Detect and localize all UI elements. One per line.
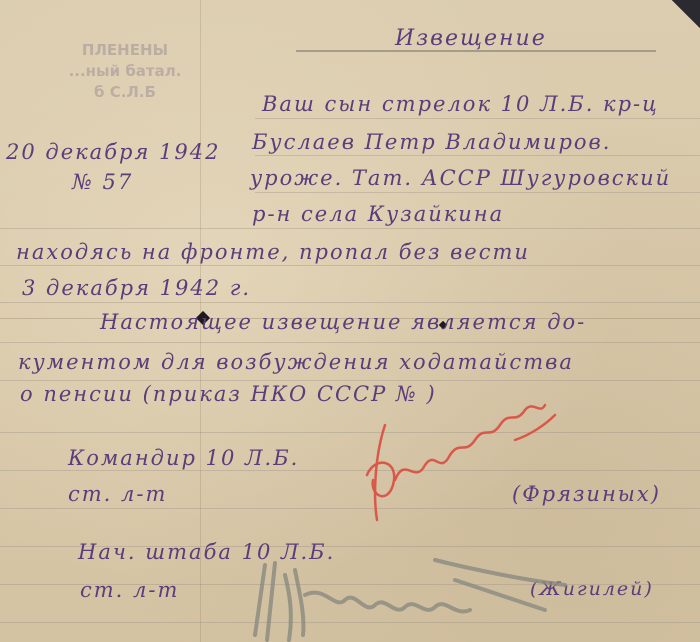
ruled-line [255,155,700,156]
ruled-line [0,470,700,471]
document-number: № 57 [72,170,133,194]
body-line: Настоящее извещение является до- [100,310,586,334]
chief-of-staff-signature [245,555,575,642]
unit-stamp: ПЛЕНЕНЫ ...ный батал. б С.Л.Б [40,40,210,103]
title-underline [296,50,656,52]
body-line: Буслаев Петр Владимиров. [252,130,611,154]
body-line: Ваш сын стрелок 10 Л.Б. кр-ц [262,92,659,116]
document-title: Извещение [395,26,547,51]
chief-of-staff-rank: ст. л-т [80,578,179,602]
ruled-line [0,302,700,303]
date-line: 20 декабря 1942 [6,140,220,164]
document-scan: ПЛЕНЕНЫ ...ный батал. б С.Л.Б 20 декабря… [0,0,700,642]
ruled-line [255,192,700,193]
ruled-line [0,432,700,433]
body-line: кументом для возбуждения ходатайства [18,350,574,374]
body-line: р-н села Кузайкина [252,202,504,226]
commander-rank: ст. л-т [68,482,167,506]
body-line: находясь на фронте, пропал без вести [16,240,530,264]
ruled-line [0,380,700,381]
commander-signature [365,395,565,525]
ruled-line [255,118,700,119]
body-line: 3 декабря 1942 г. [22,276,251,300]
ruled-line [0,228,700,229]
body-line: уроже. Тат. АССР Шугуровский [250,166,671,190]
ruled-line [0,265,700,266]
ruled-line [0,342,700,343]
stamp-line: б С.Л.Б [40,82,210,103]
stamp-line: ПЛЕНЕНЫ [40,40,210,61]
ruled-line [0,508,700,509]
torn-corner [672,0,700,28]
commander-title: Командир 10 Л.Б. [68,446,299,470]
stamp-line: ...ный батал. [40,61,210,82]
